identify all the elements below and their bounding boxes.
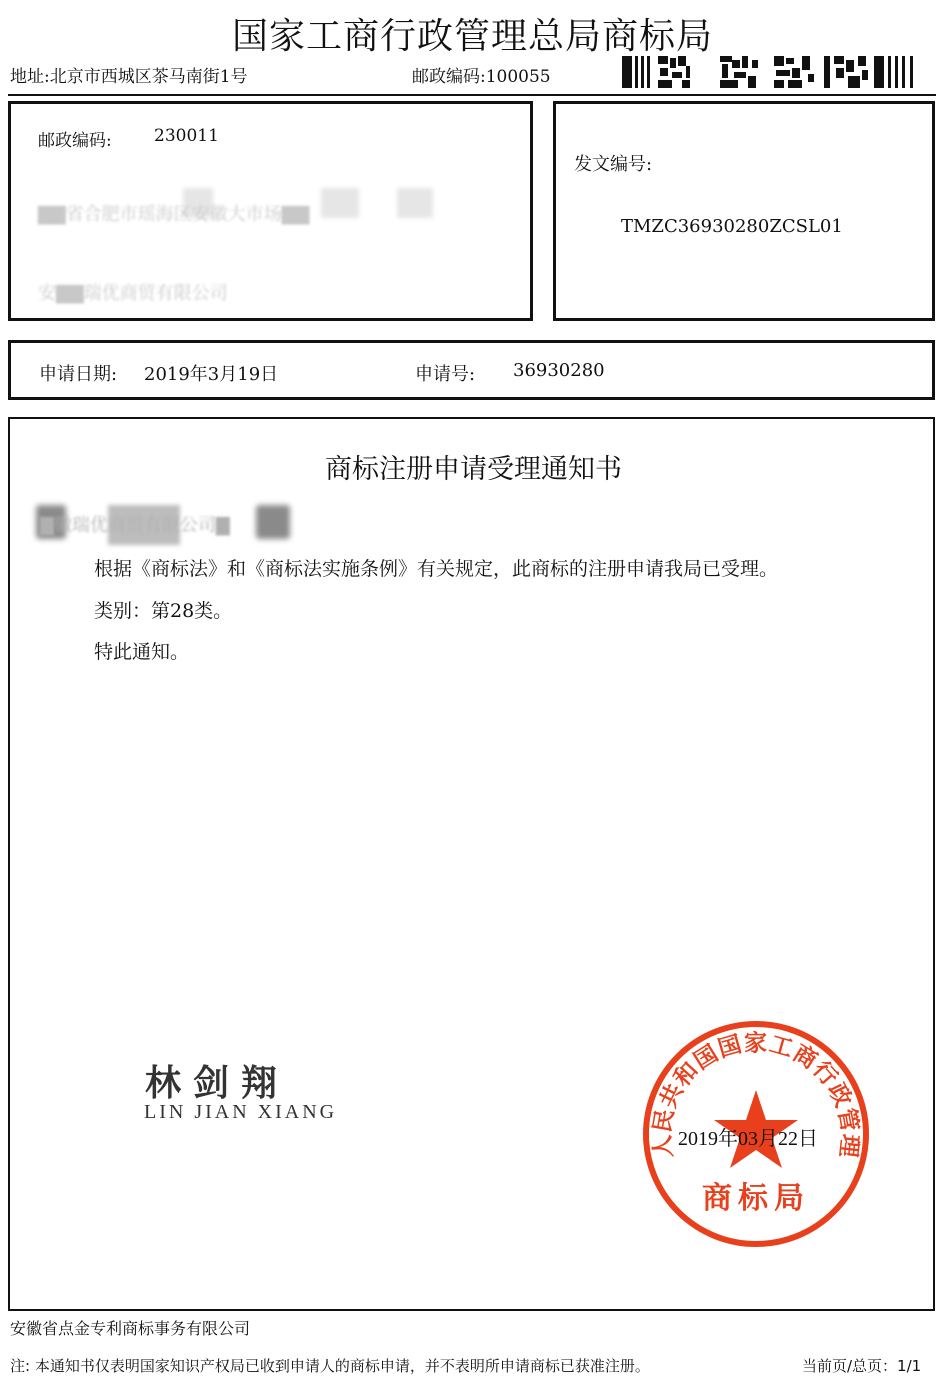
application-number-label: 申请号: <box>415 360 475 386</box>
trademark-chinese: 林剑翔 <box>145 1055 289 1106</box>
application-info-box: 申请日期: 2019年3月19日 申请号: 36930280 <box>8 340 935 400</box>
application-date-label: 申请日期: <box>39 360 117 386</box>
application-number-value: 36930280 <box>513 360 605 381</box>
redaction-block <box>321 188 359 218</box>
office-postal-code: 邮政编码:100055 <box>412 62 551 87</box>
redaction-block <box>397 188 433 218</box>
recipient-address-redacted: ▇▇省合肥市瑶海区安徽大市场▇▇ <box>38 200 309 226</box>
footer-note: 注: 本通知书仅表明国家知识产权局已收到申请人的商标申请，并不表明所申请商标已获… <box>10 1355 650 1376</box>
notice-title: 商标注册申请受理通知书 <box>10 447 937 486</box>
application-date-value: 2019年3月19日 <box>144 360 278 386</box>
notice-addressee-redacted: ▇徽瑞优商贸有限公司▇ <box>40 511 230 537</box>
document-number-value: TMZC36930280ZCSL01 <box>621 216 843 237</box>
notice-paragraph: 根据《商标法》和《商标法实施条例》有关规定，此商标的注册申请我局已受理。 <box>94 554 778 581</box>
page-indicator: 当前页/总页：1/1 <box>802 1355 921 1376</box>
redaction-block <box>256 505 290 539</box>
document-header-title: 国家工商行政管理总局商标局 <box>0 8 945 59</box>
notice-closing: 特此通知。 <box>94 637 189 664</box>
agent-company: 安徽省点金专利商标事务有限公司 <box>10 1316 250 1339</box>
document-number-label: 发文编号: <box>574 150 652 176</box>
recipient-postal-value: 230011 <box>154 126 219 146</box>
seal-date: 2019年03月22日 <box>678 1122 818 1151</box>
notice-category: 类别：第28类。 <box>94 596 232 623</box>
recipient-box: 邮政编码: 230011 ▇▇省合肥市瑶海区安徽大市场▇▇ 安▇▇瑞优商贸有限公… <box>8 101 533 321</box>
2d-barcode-icon <box>622 56 930 88</box>
svg-text:商标局: 商标局 <box>702 1181 810 1216</box>
recipient-company-redacted: 安▇▇瑞优商贸有限公司 <box>38 279 228 305</box>
document-number-box: 发文编号: TMZC36930280ZCSL01 <box>553 101 935 321</box>
recipient-postal-label: 邮政编码: <box>38 126 112 151</box>
office-address: 地址:北京市西城区茶马南街1号 <box>10 62 248 87</box>
trademark-pinyin: LIN JIAN XIANG <box>144 1101 337 1124</box>
header-divider <box>8 94 936 96</box>
